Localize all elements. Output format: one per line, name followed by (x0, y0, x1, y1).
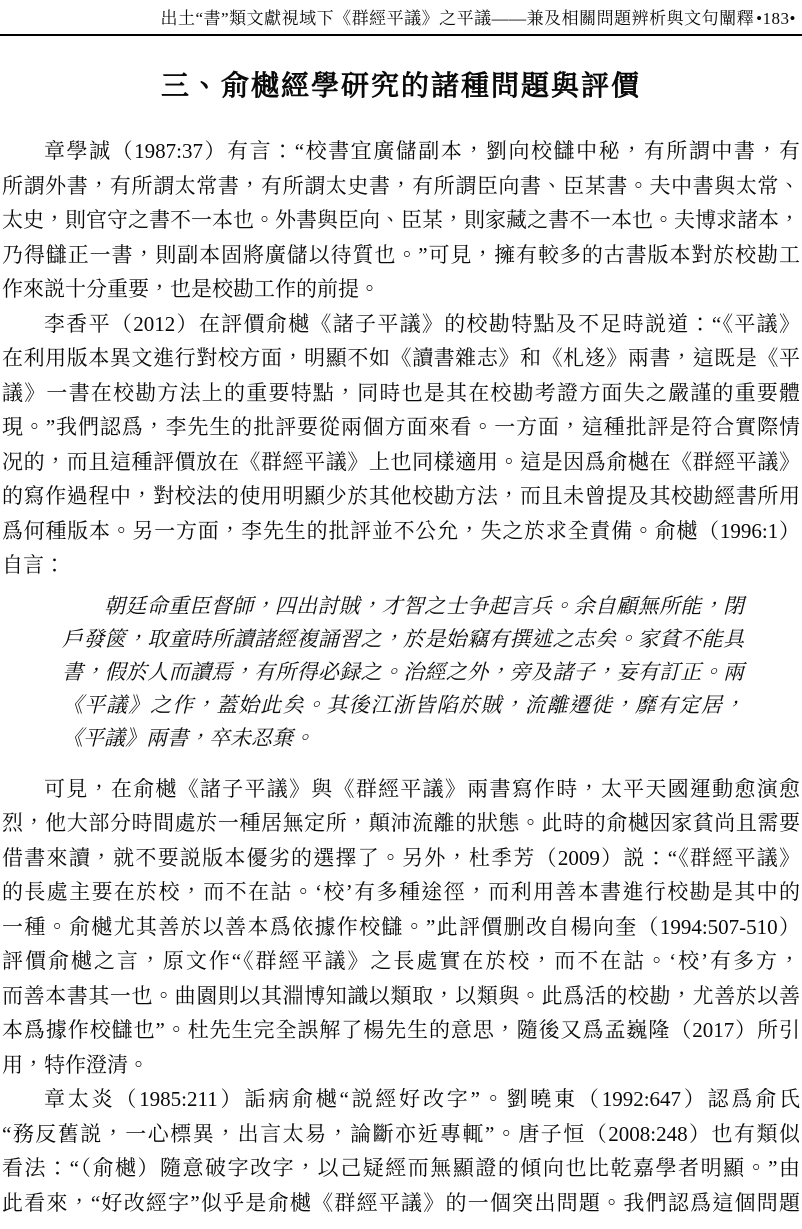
text-line: 本爲據作校讎也”。杜先生完全誤解了楊先生的意思，隨後又爲孟巍隆（2017）所引 (2, 1013, 800, 1048)
paragraph: 李香平（2012）在評價俞樾《諸子平議》的校勘特點及不足時説道：“《平議》在利用… (2, 307, 800, 583)
block-quote: 朝廷命重臣督師，四出討賊，才智之士争起言兵。余自顧無所能，閉户發篋，取童時所讀諸… (62, 590, 744, 755)
text-line: 乃得讎正一書，則副本固將廣儲以待質也。”可見，擁有較多的古書版本對於校勘工 (2, 238, 800, 273)
text-line: 此看來，“好改經字”似乎是俞樾《群經平議》的一個突出問題。我們認爲這個問題 (2, 1186, 800, 1221)
running-title: 出土“書”類文獻視域下《群經平議》之平議——兼及相關問題辨析與文句闡釋 (161, 9, 755, 28)
text-line: 章學誠（1987:37）有言：“校書宜廣儲副本，劉向校讎中秘，有所謂中書，有 (2, 134, 800, 169)
section-heading: 三、俞樾經學研究的諸種問題與評價 (0, 66, 802, 106)
text-line: 用，特作澄清。 (2, 1048, 800, 1083)
text-line: 作來説十分重要，也是校勘工作的前提。 (2, 272, 800, 307)
text-line: 况的，而且這種評價放在《群經平議》上也同樣適用。這是因爲俞樾在《群經平議》 (2, 445, 800, 480)
text-line: 的寫作過程中，對校法的使用明顯少於其他校勘方法，而且未曾提及其校勘經書所用 (2, 479, 800, 514)
text-line: 太史，則官守之書不一本也。外書與臣向、臣某，則家藏之書不一本也。夫博求諸本， (2, 203, 800, 238)
text-line: 評價俞樾之言，原文作“《群經平議》之長處實在於校，而不在詁。‘校’有多方， (2, 944, 800, 979)
text-line: 書，假於人而讀焉，有所得必録之。治經之外，旁及諸子，妄有訂正。兩 (62, 656, 744, 689)
text-line: 可見，在俞樾《諸子平議》與《群經平議》兩書寫作時，太平天國運動愈演愈 (2, 772, 800, 807)
text-line: 的長處主要在於校，而不在詁。‘校’有多種途徑，而利用善本書進行校勘是其中的 (2, 875, 800, 910)
text-line: 爲何種版本。另一方面，李先生的批評並不公允，失之於求全責備。俞樾（1996:1） (2, 514, 800, 549)
page-number: •183• (754, 9, 796, 28)
paragraph: 章學誠（1987:37）有言：“校書宜廣儲副本，劉向校讎中秘，有所謂中書，有所謂… (2, 134, 800, 307)
text-line: 所謂外書，有所謂太常書，有所謂太史書，有所謂臣向書、臣某書。夫中書與太常、 (2, 169, 800, 204)
text-line: 户發篋，取童時所讀諸經複誦習之，於是始竊有撰述之志矣。家貧不能具 (62, 623, 744, 656)
text-line: 自言： (2, 548, 800, 583)
text-line: 章太炎（1985:211）詬病俞樾“説經好改字”。劉曉東（1992:647）認爲… (2, 1082, 800, 1117)
running-header: 出土“書”類文獻視域下《群經平議》之平議——兼及相關問題辨析與文句闡釋•183• (0, 0, 802, 36)
text-line: 烈，他大部分時間處於一種居無定所，顛沛流離的狀態。此時的俞樾因家貧尚且需要 (2, 806, 800, 841)
text-line: 李香平（2012）在評價俞樾《諸子平議》的校勘特點及不足時説道：“《平議》 (2, 307, 800, 342)
text-line: 議》一書在校勘方法上的重要特點，同時也是其在校勘考證方面失之嚴謹的重要體 (2, 376, 800, 411)
text-line: 在利用版本異文進行對校方面，明顯不如《讀書雜志》和《札迻》兩書，這既是《平 (2, 341, 800, 376)
text-line: 《平議》兩書，卒未忍棄。 (62, 722, 744, 755)
text-line: 借書來讀，就不要説版本優劣的選擇了。另外，杜季芳（2009）説：“《群經平議》 (2, 841, 800, 876)
paragraph: 章太炎（1985:211）詬病俞樾“説經好改字”。劉曉東（1992:647）認爲… (2, 1082, 800, 1220)
text-line: 朝廷命重臣督師，四出討賊，才智之士争起言兵。余自顧無所能，閉 (62, 590, 744, 623)
text-line: “務反舊説，一心標異，出言太易，論斷亦近專輒”。唐子恒（2008:248）也有類… (2, 1117, 800, 1152)
document-page: 出土“書”類文獻視域下《群經平議》之平議——兼及相關問題辨析與文句闡釋•183•… (0, 0, 802, 1229)
paragraph: 可見，在俞樾《諸子平議》與《群經平議》兩書寫作時，太平天國運動愈演愈烈，他大部分… (2, 772, 800, 1083)
article-body: 章學誠（1987:37）有言：“校書宜廣儲副本，劉向校讎中秘，有所謂中書，有所謂… (0, 134, 802, 1220)
text-line: 而善本書其一也。曲園則以其淵博知識以類取，以類與。此爲活的校勘，尤善於以善 (2, 979, 800, 1014)
text-line: 現。”我們認爲，李先生的批評要從兩個方面來看。一方面，這種批評是符合實際情 (2, 410, 800, 445)
text-line: 看法：“（俞樾）隨意破字改字，以己疑經而無顯證的傾向也比乾嘉學者明顯。”由 (2, 1151, 800, 1186)
text-line: 《平議》之作，蓋始此矣。其後江浙皆陷於賊，流離遷徙，靡有定居， (62, 689, 744, 722)
text-line: 一種。俞樾尤其善於以善本爲依據作校讎。”此評價删改自楊向奎（1994:507-5… (2, 910, 800, 945)
